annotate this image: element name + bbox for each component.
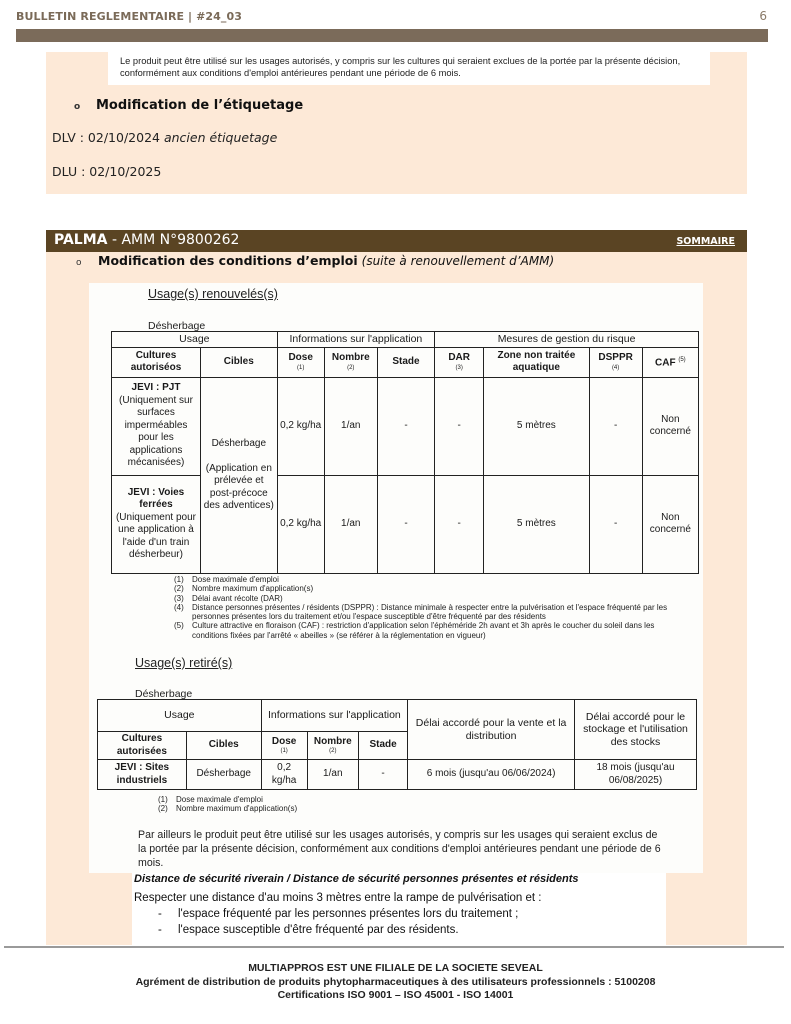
footnote: (5)Culture attractive en floraison (CAF)… — [174, 621, 674, 640]
note-ref: (2) — [310, 748, 356, 755]
cell-nombre: 1/an — [307, 760, 358, 790]
table-row: JEVI : PJT(Uniquement sur surfaces imper… — [112, 377, 699, 475]
footnote-text: Délai avant récolte (DAR) — [192, 594, 283, 603]
withdrawn-paragraph: Par ailleurs le produit peut être utilis… — [138, 828, 668, 870]
cell-culture: JEVI : Sites industriels — [98, 760, 187, 790]
page-number: 6 — [759, 9, 767, 23]
cell-znt: 5 mètres — [484, 377, 589, 475]
col-znt: Zone non traitée aquatique — [484, 347, 589, 377]
scanned-excerpt: Le produit peut être utilisé sur les usa… — [108, 52, 710, 85]
note-ref: (4) — [592, 365, 640, 372]
note-ref: (2) — [327, 365, 375, 372]
list-item-text: l'espace fréquenté par les personnes pré… — [178, 908, 518, 920]
header-divider-bar — [16, 29, 768, 42]
footnote-number: (1) — [158, 795, 176, 804]
col-dsppr: DSPPR(4) — [589, 347, 642, 377]
withdrawn-usages-table: Usage Informations sur l'application Dél… — [97, 699, 697, 790]
list-item-text: l'espace susceptible d'être fréquenté pa… — [178, 924, 459, 936]
dash-bullet: - — [158, 922, 178, 938]
title-separator: - — [108, 232, 122, 248]
col-caf: CAF (5) — [642, 347, 698, 377]
cell-dose: 0,2 kg/ha — [277, 377, 324, 475]
col-dar-label: DAR — [448, 352, 470, 363]
col-nombre: Nombre(2) — [324, 347, 377, 377]
note-ref: (5) — [678, 357, 685, 363]
conditions-change-heading: oModification des conditions d’emploi (s… — [76, 253, 554, 268]
footnote-text: Culture attractive en floraison (CAF) : … — [192, 621, 674, 640]
culture-detail: (Uniquement sur surfaces imperméables po… — [119, 395, 193, 469]
cell-vente: 6 mois (jusqu'au 06/06/2024) — [408, 760, 575, 790]
heading-text: Modification de l’étiquetage — [96, 98, 303, 113]
note-ref: (3) — [437, 365, 481, 372]
footnote: (1)Dose maximale d'emploi — [158, 795, 458, 804]
footnote-number: (1) — [174, 575, 192, 584]
cell-dsppr: - — [589, 475, 642, 573]
culture-detail: (Uniquement pour une application à l'aid… — [116, 512, 196, 561]
column-header-row: Cultures autoriséos Cibles Dose(1) Nombr… — [112, 347, 699, 377]
col-dose-label: Dose — [288, 352, 312, 363]
group-header-row: Usage Informations sur l'application Dél… — [98, 700, 697, 732]
cibles-name: Désherbage — [212, 438, 266, 449]
col-cibles: Cibles — [200, 347, 277, 377]
dlv-note: ancien étiquetage — [164, 130, 277, 145]
footnote-number: (2) — [174, 584, 192, 593]
scanned-excerpt-text: Le produit peut être utilisé sur les usa… — [108, 52, 710, 79]
footnote: (4)Distance personnes présentes / réside… — [174, 603, 674, 622]
riverain-title: Distance de sécurité riverain / Distance… — [134, 873, 578, 885]
bullet-icon: o — [76, 258, 98, 268]
footnote-text: Nombre maximum d'application(s) — [176, 804, 297, 813]
footer-divider — [4, 946, 784, 948]
renewed-usages-title: Usage(s) renouvelés(s) — [148, 287, 278, 301]
cell-caf: Non concerné — [642, 377, 698, 475]
list-item: -l'espace fréquenté par les personnes pr… — [158, 906, 518, 922]
bullet-icon: o — [74, 102, 96, 112]
cell-stade: - — [358, 760, 407, 790]
withdrawn-usages-title: Usage(s) retiré(s) — [135, 656, 232, 670]
renewed-footnotes: (1)Dose maximale d'emploi (2)Nombre maxi… — [174, 575, 674, 640]
table-row: JEVI : Voies ferrées(Uniquement pour une… — [112, 475, 699, 573]
footer-line-3: Certifications ISO 9001 – ISO 45001 - IS… — [0, 989, 791, 1003]
cell-cibles: Désherbage(Application en prélevée et po… — [200, 377, 277, 573]
note-ref: (1) — [264, 748, 305, 755]
col-vente: Délai accordé pour la vente et la distri… — [408, 700, 575, 760]
footnote: (3)Délai avant récolte (DAR) — [174, 594, 674, 603]
col-caf-label: CAF — [655, 357, 676, 368]
heading-italic: (suite à renouvellement d’AMM) — [362, 254, 555, 268]
product-name: PALMA — [54, 232, 108, 248]
col-dar: DAR(3) — [435, 347, 484, 377]
bulletin-title: BULLETIN REGLEMENTAIRE | #24_03 — [16, 10, 242, 23]
footnote-text: Dose maximale d'emploi — [192, 575, 279, 584]
col-cultures: Cultures autorisées — [98, 732, 187, 760]
footnote: (2)Nombre maximum d'application(s) — [174, 584, 674, 593]
cell-dar: - — [435, 475, 484, 573]
col-stade: Stade — [358, 732, 407, 760]
labeling-change-heading: oModification de l’étiquetage — [74, 98, 303, 113]
group-info: Informations sur l'application — [261, 700, 408, 732]
group-usage: Usage — [112, 332, 278, 348]
riverain-intro: Respecter une distance d'au moins 3 mètr… — [134, 890, 541, 906]
footnote: (2)Nombre maximum d'application(s) — [158, 804, 458, 813]
col-dose: Dose(1) — [277, 347, 324, 377]
group-risk: Mesures de gestion du risque — [435, 332, 699, 348]
table-row: JEVI : Sites industriels Désherbage 0,2 … — [98, 760, 697, 790]
group-header-row: Usage Informations sur l'application Mes… — [112, 332, 699, 348]
cell-culture: JEVI : Voies ferrées(Uniquement pour une… — [112, 475, 201, 573]
col-nombre-label: Nombre — [314, 736, 352, 747]
product-title: PALMA - AMM N°9800262 — [54, 232, 239, 248]
cell-stade: - — [377, 377, 434, 475]
withdrawn-footnotes: (1)Dose maximale d'emploi (2)Nombre maxi… — [158, 795, 458, 814]
page-footer: MULTIAPPROS EST UNE FILIALE DE LA SOCIET… — [0, 962, 791, 1003]
note-ref: (1) — [280, 365, 322, 372]
dash-bullet: - — [158, 906, 178, 922]
footnote-number: (4) — [174, 603, 192, 622]
cell-caf: Non concerné — [642, 475, 698, 573]
cell-culture: JEVI : PJT(Uniquement sur surfaces imper… — [112, 377, 201, 475]
col-stade: Stade — [377, 347, 434, 377]
col-dose-label: Dose — [272, 736, 296, 747]
cell-dose: 0,2 kg/ha — [261, 760, 307, 790]
footnote-number: (2) — [158, 804, 176, 813]
footer-line-1: MULTIAPPROS EST UNE FILIALE DE LA SOCIET… — [0, 962, 791, 976]
dlu-line: DLU : 02/10/2025 — [52, 164, 161, 179]
footnote: (1)Dose maximale d'emploi — [174, 575, 674, 584]
list-item: -l'espace susceptible d'être fréquenté p… — [158, 922, 518, 938]
cell-nombre: 1/an — [324, 377, 377, 475]
col-nombre-label: Nombre — [332, 352, 370, 363]
heading-bold: Modification des conditions d’emploi — [98, 253, 358, 268]
cell-znt: 5 mètres — [484, 475, 589, 573]
col-cibles: Cibles — [186, 732, 261, 760]
cibles-detail: (Application en prélevée et post-précoce… — [204, 463, 274, 512]
product-amm: AMM N°9800262 — [121, 232, 239, 248]
riverain-list: -l'espace fréquenté par les personnes pr… — [158, 906, 518, 938]
cell-stade: - — [377, 475, 434, 573]
cell-stockage: 18 mois (jusqu'au 06/08/2025) — [575, 760, 697, 790]
col-dsppr-label: DSPPR — [598, 352, 632, 363]
sommaire-link[interactable]: SOMMAIRE — [676, 236, 735, 247]
footnote-number: (5) — [174, 621, 192, 640]
col-nombre: Nombre(2) — [307, 732, 358, 760]
footer-line-2: Agrément de distribution de produits phy… — [0, 976, 791, 990]
cell-nombre: 1/an — [324, 475, 377, 573]
col-dose: Dose(1) — [261, 732, 307, 760]
cell-dar: - — [435, 377, 484, 475]
footnote-text: Nombre maximum d'application(s) — [192, 584, 313, 593]
product-header-bar: PALMA - AMM N°9800262 SOMMAIRE — [46, 230, 747, 252]
group-usage: Usage — [98, 700, 262, 732]
culture-name: JEVI : PJT — [132, 382, 181, 393]
footnote-text: Dose maximale d'emploi — [176, 795, 263, 804]
col-stockage: Délai accordé pour le stockage et l'util… — [575, 700, 697, 760]
dlv-label: DLV : 02/10/2024 — [52, 130, 160, 145]
group-info: Informations sur l'application — [277, 332, 434, 348]
cell-cibles: Désherbage — [186, 760, 261, 790]
cell-dsppr: - — [589, 377, 642, 475]
culture-name: JEVI : Voies ferrées — [128, 487, 185, 511]
renewed-usages-table: Usage Informations sur l'application Mes… — [111, 331, 699, 574]
col-cultures: Cultures autoriséos — [112, 347, 201, 377]
footnote-text: Distance personnes présentes / résidents… — [192, 603, 674, 622]
footnote-number: (3) — [174, 594, 192, 603]
dlv-line: DLV : 02/10/2024 ancien étiquetage — [52, 130, 277, 145]
cell-dose: 0,2 kg/ha — [277, 475, 324, 573]
